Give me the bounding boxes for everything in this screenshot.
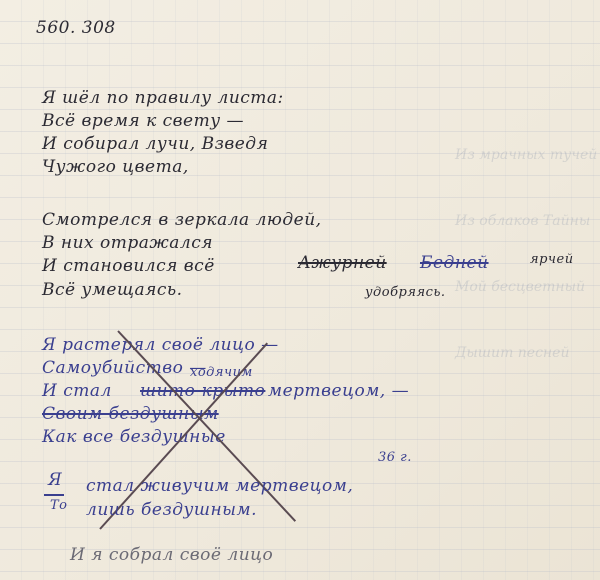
stanza2-line4: Всё умещаясь. xyxy=(42,280,183,300)
stanza3-line3: И стал xyxy=(42,381,112,401)
fraction-bar xyxy=(44,494,64,496)
stanza3-line4-struck: Своим бездушным xyxy=(42,404,219,424)
stanza2-struck-word-2: Бедней xyxy=(420,253,489,273)
stanza2-line3: И становился всё xyxy=(42,256,215,276)
stanza1-line4: Чужого цвета, xyxy=(42,157,189,177)
stanza3-line2: Самоубийство — xyxy=(42,358,207,378)
stanza3-line5: Как все бездушные xyxy=(42,427,226,447)
stanza2-struck-word-1: Ажурней xyxy=(298,253,387,273)
stanza4-fraction-denominator: То xyxy=(50,498,68,513)
stanza1-line1: Я шёл по правилу листа: xyxy=(42,88,284,108)
stanza2-line2: В них отражался xyxy=(42,233,213,253)
bleed-line: Из облаков Тайны xyxy=(455,210,597,232)
stanza4-line1: стал живучим мертвецом, xyxy=(86,476,353,496)
stanza2-margin-word: ярчей xyxy=(530,252,574,267)
bleed-line: Мой бесцветный xyxy=(455,276,597,298)
stanza2-line1: Смотрелся в зеркала людей, xyxy=(42,210,322,230)
reference-number: 560. 308 xyxy=(36,18,116,38)
notebook-page: Из мрачных тучей Из облаков Тайны Мой бе… xyxy=(0,0,600,580)
margin-note: 36 г. xyxy=(378,450,412,465)
stanza4-line2: лишь бездушным. xyxy=(86,500,257,520)
last-line: И я собрал своё лицо xyxy=(70,545,273,565)
stanza3-line3-end: мертвецом, — xyxy=(268,381,409,401)
stanza3-line1: Я растерял своё лицо — xyxy=(42,335,279,355)
stanza2-insertion: удобряясь. xyxy=(365,285,446,300)
stanza1-line2: Всё время к свету — xyxy=(42,111,244,131)
stanza1-line3: И собирал лучи, Взведя xyxy=(42,134,268,154)
stanza3-line3-struck: шито-крыто xyxy=(140,381,265,401)
stanza4-fraction-numerator: Я xyxy=(48,470,62,490)
bleed-line: Дышит песней xyxy=(455,342,597,364)
bleed-line: Из мрачных тучей xyxy=(455,144,597,166)
